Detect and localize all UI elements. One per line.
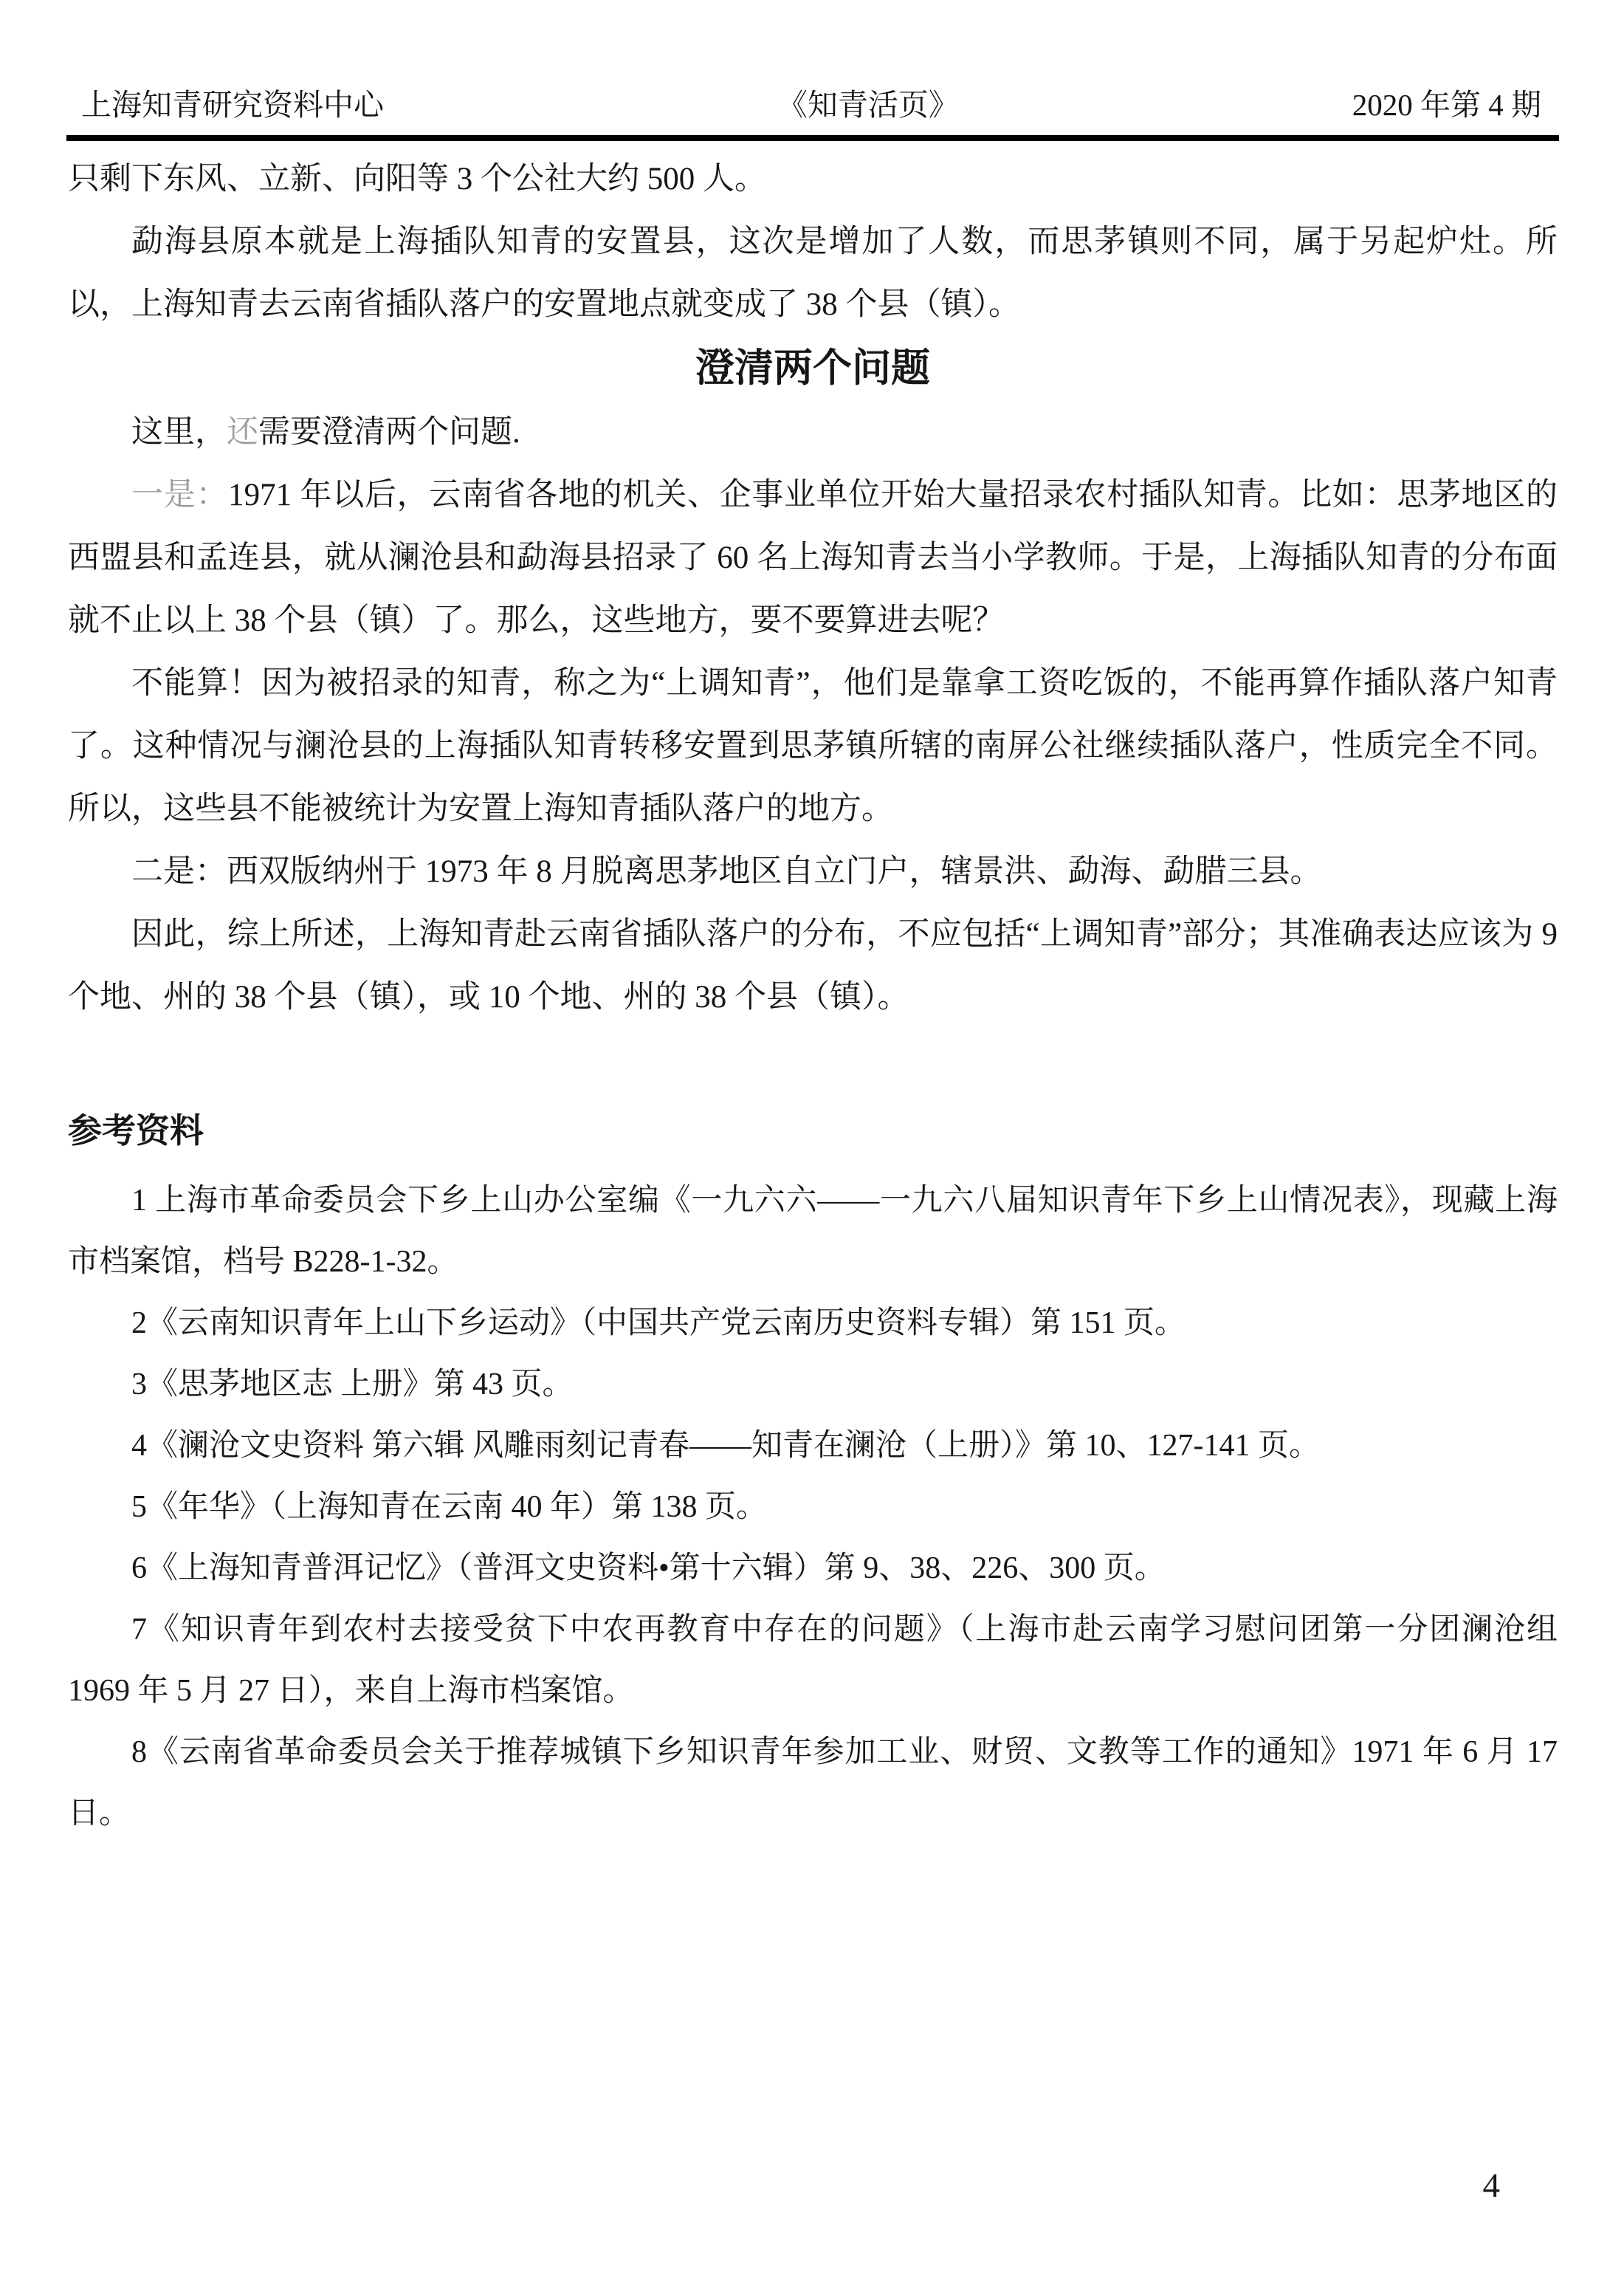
reference-item: 8《云南省革命委员会关于推荐城镇下乡知识青年参加工业、财贸、文教等工作的通知》1… (68, 1722, 1558, 1844)
section-heading-clarify: 澄清两个问题 (68, 336, 1558, 401)
paragraph-point-two: 二是：西双版纳州于 1973 年 8 月脱离思茅地区自立门户，辖景洪、勐海、勐腊… (68, 840, 1558, 903)
header-right-issue: 2020 年第 4 期 (1352, 83, 1541, 127)
reference-item: 5《年华》（上海知青在云南 40 年）第 138 页。 (68, 1477, 1558, 1538)
reference-item: 4《澜沧文史资料 第六辑 风雕雨刻记青春——知青在澜沧（上册）》第 10、127… (68, 1415, 1558, 1477)
paragraph-continuation: 只剩下东风、立新、向阳等 3 个公社大约 500 人。 (68, 148, 1558, 210)
page-header: 上海知青研究资料中心 《知青活页》 2020 年第 4 期 (81, 83, 1541, 127)
paragraph-point-one: 一是：1971 年以后，云南省各地的机关、企事业单位开始大量招录农村插队知青。比… (68, 464, 1558, 652)
paragraph-intro: 这里，还需要澄清两个问题. (68, 401, 1558, 464)
header-divider-rule (66, 135, 1559, 141)
header-left-title: 上海知青研究资料中心 (81, 83, 384, 127)
document-page: 上海知青研究资料中心 《知青活页》 2020 年第 4 期 只剩下东风、立新、向… (0, 0, 1624, 2272)
references-heading: 参考资料 (68, 1101, 1558, 1160)
reference-item: 6《上海知青普洱记忆》（普洱文史资料•第十六辑）第 9、38、226、300 页… (68, 1538, 1558, 1599)
intro-seg-3: 需要澄清两个问题. (258, 415, 520, 450)
reference-item: 1 上海市革命委员会下乡上山办公室编《一九六六——一九六八届知识青年下乡上山情况… (68, 1170, 1558, 1293)
paragraph-menghai: 勐海县原本就是上海插队知青的安置县，这次是增加了人数，而思茅镇则不同，属于另起炉… (68, 210, 1558, 336)
page-number: 4 (1483, 2167, 1501, 2204)
reference-item: 7《知识青年到农村去接受贫下中农再教育中存在的问题》（上海市赴云南学习慰问团第一… (68, 1599, 1558, 1722)
point-one-text: 1971 年以后，云南省各地的机关、企事业单位开始大量招录农村插队知青。比如：思… (68, 478, 1558, 638)
intro-seg-gray: 还 (227, 415, 258, 450)
document-body: 只剩下东风、立新、向阳等 3 个公社大约 500 人。 勐海县原本就是上海插队知… (68, 148, 1558, 1844)
intro-seg-1: 这里， (131, 415, 227, 450)
point-one-label-gray: 一是： (131, 478, 228, 512)
paragraph-cannot-count: 不能算！因为被招录的知青，称之为“上调知青”，他们是靠拿工资吃饭的，不能再算作插… (68, 652, 1558, 840)
paragraph-conclusion: 因此，综上所述，上海知青赴云南省插队落户的分布，不应包括“上调知青”部分；其准确… (68, 903, 1558, 1029)
header-center-title: 《知青活页》 (777, 83, 959, 127)
reference-item: 3《思茅地区志 上册》第 43 页。 (68, 1354, 1558, 1415)
reference-item: 2《云南知识青年上山下乡运动》（中国共产党云南历史资料专辑）第 151 页。 (68, 1293, 1558, 1354)
